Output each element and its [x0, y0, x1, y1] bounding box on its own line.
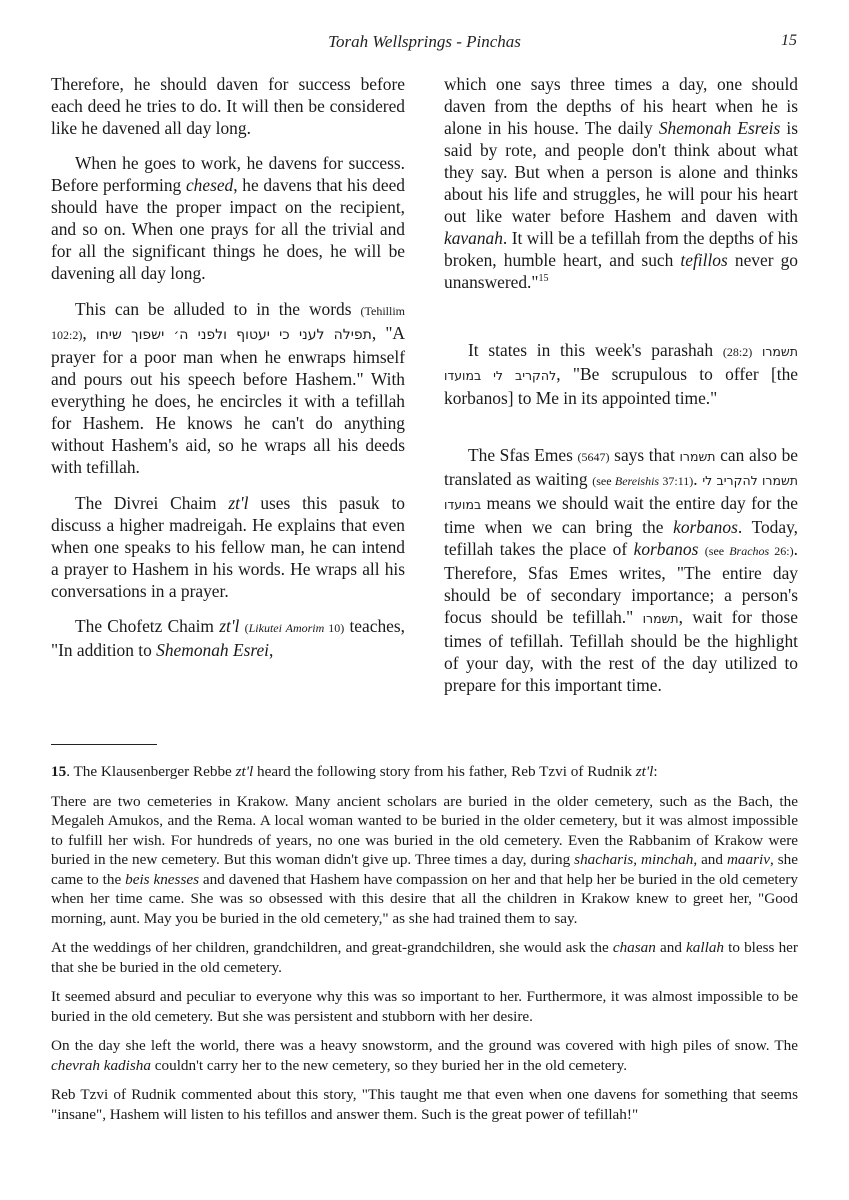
hebrew-term: Shemonah Esrei [156, 640, 269, 660]
footnote-paragraph: On the day she left the world, there was… [51, 1036, 798, 1075]
hebrew-term: korbanos [673, 517, 738, 537]
left-column: Therefore, he should daven for success b… [51, 73, 405, 661]
footnote-15-intro: 15. The Klausenberger Rebbe zt'l heard t… [51, 762, 798, 782]
hebrew-term: tefillos [680, 250, 727, 270]
paragraph: The Sfas Emes (5647) says that תשמרו can… [444, 444, 798, 696]
footnote-paragraph: It seemed absurd and peculiar to everyon… [51, 987, 798, 1026]
source-citation: (Likutei Amorim 10) [245, 621, 345, 635]
footnote-reference[interactable]: 15 [539, 273, 549, 284]
source-citation: (28:2) [723, 345, 752, 359]
footnote-paragraph: There are two cemeteries in Krakow. Many… [51, 792, 798, 929]
hebrew-quote: תפילה לעני כי יעטוף ולפני ה׳ ישפוך שיחו [96, 327, 372, 343]
hebrew-word: תשמרו [643, 611, 679, 626]
footnote-separator [51, 744, 157, 745]
hebrew-word: תשמרו [680, 449, 716, 464]
paragraph: Therefore, he should daven for success b… [51, 73, 405, 139]
paragraph: It states in this week's parashah (28:2)… [444, 339, 798, 409]
footnote-paragraph: Reb Tzvi of Rudnik commented about this … [51, 1085, 798, 1124]
footnote-number: 15 [51, 763, 66, 780]
hebrew-term: Shemonah Esreis [659, 118, 780, 138]
hebrew-term: korbanos [634, 539, 699, 559]
paragraph: The Chofetz Chaim zt'l (Likutei Amorim 1… [51, 615, 405, 661]
source-citation: (see Brachos 26:) [705, 544, 794, 558]
source-citation: (5647) [578, 450, 610, 464]
right-column: which one says three times a day, one sh… [444, 73, 798, 696]
paragraph: The Divrei Chaim zt'l uses this pasuk to… [51, 492, 405, 602]
footnote-paragraph: At the weddings of her children, grandch… [51, 938, 798, 977]
paragraph: When he goes to work, he davens for succ… [51, 152, 405, 284]
source-citation: (see Bereishis 37:11) [592, 474, 693, 488]
footnotes: 15. The Klausenberger Rebbe zt'l heard t… [51, 762, 798, 1134]
page-number: 15 [781, 32, 797, 50]
honorific: zt'l [228, 493, 248, 513]
running-header: Torah Wellsprings - Pinchas 15 [0, 32, 849, 56]
paragraph: which one says three times a day, one sh… [444, 73, 798, 293]
paragraph: This can be alluded to in the words (Teh… [51, 298, 405, 478]
hebrew-term: chesed [186, 175, 233, 195]
hebrew-term: kavanah [444, 228, 503, 248]
running-title: Torah Wellsprings - Pinchas [0, 32, 849, 52]
honorific: zt'l [219, 616, 239, 636]
